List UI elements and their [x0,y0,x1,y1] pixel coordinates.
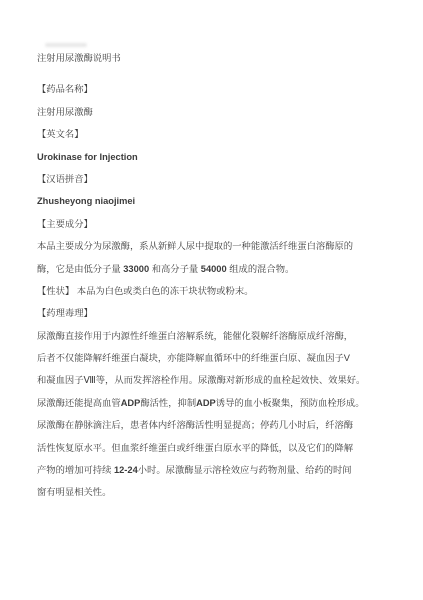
section-label-main-ingredients: 【主要成分】 [37,213,397,235]
body-text: 组成的混合物。 [227,264,295,274]
pharmacology-line-4: 尿激酶还能提高血管ADP酶活性，抑制ADP诱导的血小板聚集，预防血栓形成。 [37,392,397,414]
molecular-weight-low: 33000 [123,264,149,274]
pinyin-text: Zhusheyong niaojimei [37,196,135,206]
body-text: 小时。尿激酶显示溶栓效应与药物剂量、给药的时间 [138,465,352,475]
body-text: 酶活性，抑制 [140,398,196,408]
body-text: 尿激酶在静脉滴注后，患者体内纤溶酶活性明显提高；停药几小时后，纤溶酶 [37,420,353,430]
section-label-pinyin: 【汉语拼音】 [37,168,397,190]
adp-term: ADP [196,398,216,408]
body-text: 后者不仅能降解纤维蛋白凝块，亦能降解血循环中的纤维蛋白原、凝血因子V [37,353,350,363]
drug-leaflet-document: 注射用尿激酶说明书 【药品名称】 注射用尿激酶 【英文名】 Urokinase … [37,47,397,504]
body-text: 诱导的血小板聚集，预防血栓形成。 [216,398,365,408]
section-label-text: 【药理毒理】 [37,308,93,318]
pharmacology-line-7: 产物的增加可持续 12-24小时。尿激酶显示溶栓效应与药物剂量、给药的时间 [37,459,397,481]
duration-value: 12-24 [114,465,138,475]
pharmacology-line-8: 窗有明显相关性。 [37,481,397,503]
section-label-text: 【药品名称】 [37,84,93,94]
body-text: 尿激酶还能提高血管 [37,398,121,408]
ingredients-line-1: 本品主要成分为尿激酶，系从新鲜人尿中提取的一种能激活纤维蛋白溶酶原的 [37,235,397,257]
pharmacology-line-6: 活性恢复原水平。但血浆纤维蛋白或纤维蛋白原水平的降低，以及它们的降解 [37,437,397,459]
section-label-pharmacology: 【药理毒理】 [37,302,397,324]
english-name-text: Urokinase for Injection [37,152,138,162]
pharmacology-line-3: 和凝血因子Ⅷ等，从而发挥溶栓作用。尿激酶对新形成的血栓起效快、效果好。 [37,369,397,391]
pinyin-value: Zhusheyong niaojimei [37,190,397,212]
body-text: 和凝血因子Ⅷ等，从而发挥溶栓作用。尿激酶对新形成的血栓起效快、效果好。 [37,375,365,385]
body-text: 【性状】 本品为白色或类白色的冻干块状物或粉末。 [37,286,253,296]
section-label-text: 【主要成分】 [37,219,93,229]
section-label-text: 【英文名】 [37,129,84,139]
english-name-value: Urokinase for Injection [37,146,397,168]
pharmacology-line-2: 后者不仅能降解纤维蛋白凝块，亦能降解血循环中的纤维蛋白原、凝血因子V [37,347,397,369]
page-title: 注射用尿激酶说明书 [37,47,397,69]
pharmacology-line-5: 尿激酶在静脉滴注后，患者体内纤溶酶活性明显提高；停药几小时后，纤溶酶 [37,414,397,436]
body-text: 活性恢复原水平。但血浆纤维蛋白或纤维蛋白原水平的降低，以及它们的降解 [37,443,353,453]
body-text: 尿激酶直接作用于内源性纤维蛋白溶解系统，能催化裂解纤溶酶原成纤溶酶， [37,331,353,341]
section-label-text: 【汉语拼音】 [37,174,93,184]
section-label-english-name: 【英文名】 [37,123,397,145]
body-text: 产物的增加可持续 [37,465,114,475]
ingredients-line-2: 酶，它是由低分子量 33000 和高分子量 54000 组成的混合物。 [37,258,397,280]
drug-name-value: 注射用尿激酶 [37,101,397,123]
body-text: 窗有明显相关性。 [37,487,111,497]
body-text: 本品主要成分为尿激酶，系从新鲜人尿中提取的一种能激活纤维蛋白溶酶原的 [37,241,353,251]
section-label-drug-name: 【药品名称】 [37,78,397,100]
molecular-weight-high: 54000 [201,264,227,274]
adp-term: ADP [121,398,141,408]
body-text: 酶，它是由低分子量 [37,264,123,274]
page-title-text: 注射用尿激酶说明书 [37,53,121,63]
drug-name-text: 注射用尿激酶 [37,107,93,117]
pharmacology-line-1: 尿激酶直接作用于内源性纤维蛋白溶解系统，能催化裂解纤溶酶原成纤溶酶， [37,325,397,347]
properties-line: 【性状】 本品为白色或类白色的冻干块状物或粉末。 [37,280,397,302]
body-text: 和高分子量 [149,264,201,274]
